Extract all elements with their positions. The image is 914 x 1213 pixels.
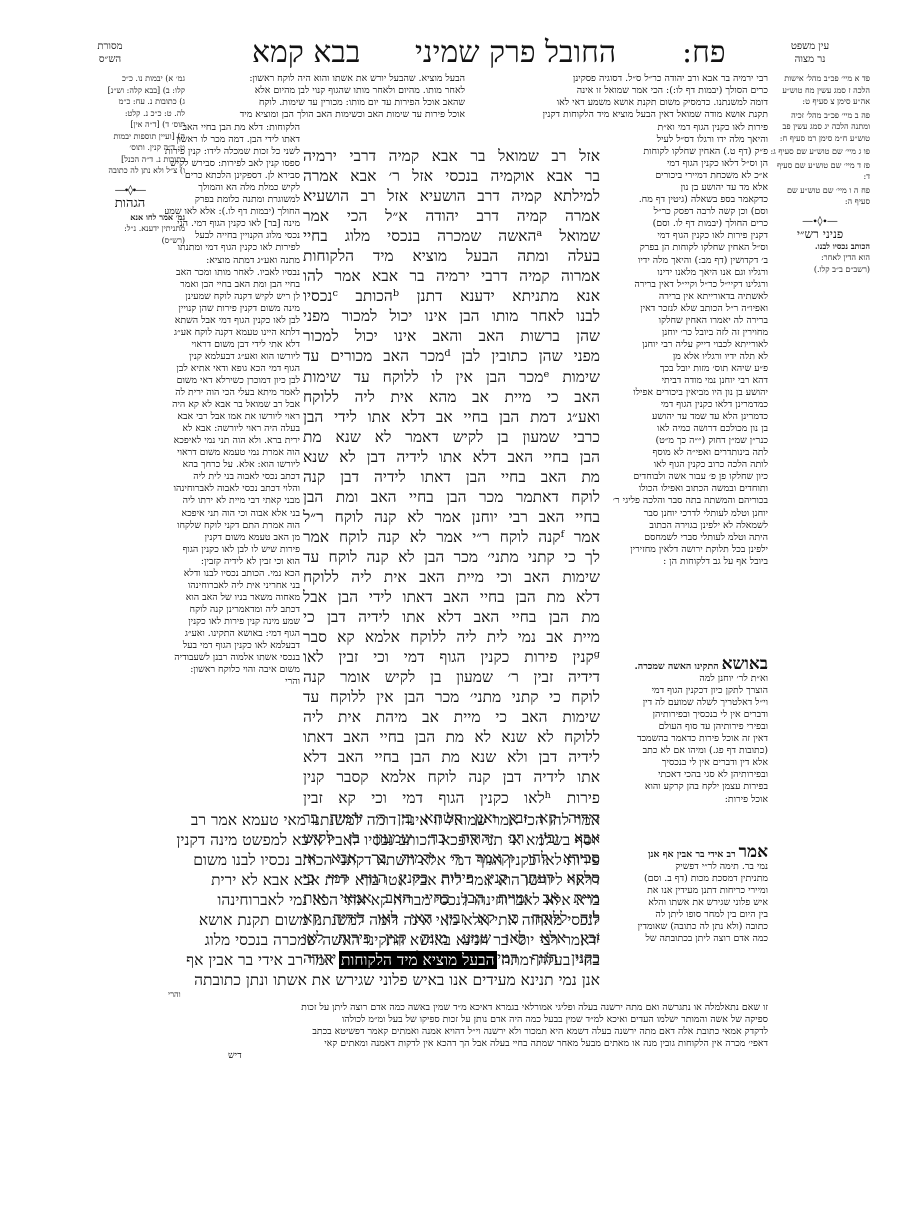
tosafot-line: פירות שיש לו לבן לאו כקנין הגוף xyxy=(165,544,300,556)
rashi-line: ותוחדים ובמשה הכתוב ואפילו הכולו xyxy=(603,483,768,495)
rashi-line: וא״ת לר׳ יוחנן למה xyxy=(603,673,768,685)
tosafot-line: הלקוחות: דלא מת הבן בחיי האב xyxy=(165,122,300,134)
tosafot-line: דלא אתי לידי דבן משום דראוי xyxy=(165,339,300,351)
rashi-line: לאשתיה בדאורייתא אין ברירה xyxy=(603,291,768,303)
tosafot-line: מינה [בר] לאו כקנין הגוף דמי. הני xyxy=(165,218,300,230)
rashi-line: איש פלוני שגירש את אשתו והלא xyxy=(603,897,768,909)
tosafot-line: דבעלמא לאו כקנין הגוף דמי בעל xyxy=(165,640,300,652)
dibur-hamatchil: באושא xyxy=(722,658,768,673)
rashi-line: כנר״ן שמ״ן דחוק (״״ה כך מ״ט) xyxy=(603,435,768,447)
rashi-line: כדקאמר בספ בשאלה (גיטין דף מח. xyxy=(603,194,768,206)
rashi-line: לא תלה ידיו ורגליו אלא מן xyxy=(603,351,768,363)
gemara-line: לידיה דבן ולא שנא מת הבן בחיי האב דלא xyxy=(303,747,600,767)
ein-mishpat-label: עין משפט נר מצוה xyxy=(770,40,850,66)
rashi-line: כדמרינן הלא עד שמד עד יהושע xyxy=(603,411,768,423)
masoret-hashas-label: מסורת הש״ס xyxy=(80,40,140,66)
gemara-line: האב כי מיית אב מהא אית ליה ללוקח xyxy=(303,387,600,407)
rashi-line: דאין זה אוכל פירות כדאמר בהשמכד xyxy=(603,733,768,745)
catchword: והרי xyxy=(168,990,600,1000)
amar-lines: נמי בר. תימה לר״י דפשיקמתניתין דמסכת מכו… xyxy=(603,861,768,945)
gemara-line: לוקח דאתמר מכר הבן בחיי האב ומת הבן xyxy=(303,487,600,507)
rashi-line: כיון שחלקו פן פ׳ עבור אשה ולבוחדים xyxy=(603,471,768,483)
gemara-line: לנכסי מאחוה אתי אלא מאי אינה דומה למשנתנ… xyxy=(168,910,600,930)
tosafot-line: סבירא לן. דספקינן הלכתא כרים xyxy=(165,170,300,182)
gemara-line: יוסף בשלמא אי תני איפכא הכותב נכסיו לאבי… xyxy=(168,830,600,850)
gemara-line: לוקח כי קתני מתני׳ מכר הבן אין ללוקח עד xyxy=(303,687,600,707)
rashi-amar-block: אמר רב אידי בר אבין אף אנן נמי בר. תימה … xyxy=(603,846,768,945)
rashi-line: תקנת אושא מודה שמואל דאין הבעל מוציא מיד… xyxy=(470,109,768,121)
rashi-line: ובפירי פירותיהן עד סוף העולם xyxy=(603,721,768,733)
gemara-text: אמר רב אידי בר אבין אף xyxy=(186,951,334,969)
rashi-line: היתה וטלמ לעותלי סברי לשמחסם xyxy=(603,532,768,544)
bottom-line: זו שאם נתאלמלה או נתגרשה ואם מתה ירשנה ב… xyxy=(168,1002,768,1014)
tosafot-line: ירית ברא. ולא הוה תני נמי לאיפכא xyxy=(165,435,300,447)
tosafot-line: בחיי הבן ומת האב בחיי הבן ואמר xyxy=(165,279,300,291)
gemara-line: פירות לאו כקנין הגוף דמי אלא השתא דקתני … xyxy=(168,850,600,870)
ein-mishpat-margin: פד א מיי׳ פכ״ב מהל׳ אישות הלכה ז סמג עשי… xyxy=(770,73,870,275)
rashi-line: והיאך מלה ידו ורגלו דס״ל לעיל xyxy=(603,134,768,146)
gemara-line: בחיי האב רבי יוחנן אמר לא קנה לוקח ר״ל xyxy=(303,507,600,527)
rashi-line: ומיירי כריחות דתנן מעידין אנו את xyxy=(603,885,768,897)
gemara-line: לך כי קתני מתני׳ מכר הבן לא קנה לוקח עד xyxy=(303,547,600,567)
gemara-line: בר אבא אוקמיה בנכסי אזל ר׳ אבא אמרה xyxy=(303,166,600,186)
rashi-line: בין היום בין למחר סופו ליתן לה xyxy=(603,909,768,921)
rashi-top-block: רבי ירמיה בר אבא ורב יהודה כר״ל ס״ל. דסו… xyxy=(470,73,768,121)
rashi-line: ורגלינו דקיי״ל כר״ל וקיי״ל דאין ברירה xyxy=(603,279,768,291)
rashi-line: אוכל פירות: xyxy=(603,794,768,806)
rashi-line: א״כ לא משכחת דמיירי ביכורים xyxy=(603,170,768,182)
ein-mishpat-entry: פו ג מיי׳ שם טוש״ע שם סעיף ג: xyxy=(770,146,870,158)
tosafot-line: לאמר מיתא בעלי הכי הוה ירית לה xyxy=(165,387,300,399)
gemara-line: מפני שהן כתובין לבן ᵈמכר האב מכורים עד xyxy=(303,346,600,366)
tosafot-line: מן האב טעמא משום דקנין xyxy=(165,532,300,544)
bottom-commentary: זו שאם נתאלמלה או נתגרשה ואם מתה ירשנה ב… xyxy=(168,1002,768,1062)
tosafot-line: ראוי ליורשו את אמו אבל רבי אבא xyxy=(165,411,300,423)
rashi-line: יוחנן וטלמ לעותלי לדרכי יוחנן סבר xyxy=(603,508,768,520)
tosafot-line: בני אלא אבוה וכי הוה תני איפכא xyxy=(165,508,300,520)
tosafot-line: והלוי דכתב נכסי לאבוה לאברוחינהו xyxy=(165,483,300,495)
tosafot-line: הגוף דמי: באושא התקינו. ואע״ג xyxy=(165,628,300,640)
baushah-lines: וא״ת לר׳ יוחנן למההוצרך לתקן כיון דכקנין… xyxy=(603,673,768,806)
tosafot-line: לן ריש לקיש דקנה לוקח שמעינן xyxy=(165,291,300,303)
gemara-line: דראוי ליורשו הוא אמר ליה אביי אטו ברא יר… xyxy=(168,870,600,890)
gemara-line: שהן ברשות האב והאב אינו יכול למכור xyxy=(303,326,600,346)
gemara-line: שמואל ᵃהאשה שמכרה בנכסי מלוג בחיי xyxy=(303,226,600,246)
bottom-line: דאפי׳ מכרה אין הלקוחות גובין מנה או מאתי… xyxy=(168,1038,768,1050)
ein-mishpat-entry: פד א מיי׳ פכ״ב מהל׳ אישות הלכה ז סמג עשי… xyxy=(770,73,870,108)
rashi-line: יהושע בן נון היו מביאין ביכורים אפילו xyxy=(603,387,768,399)
rashi-line: כרים החולך (יבמות דף לו. וסם) xyxy=(603,218,768,230)
rashi-line: כמדמרינן דלאו כקנין הגוף דמי xyxy=(603,399,768,411)
rashi-line: דקנין פירות לאו כקנין הגוף דמי xyxy=(603,230,768,242)
rashi-line: אלא דין ודברים אין לי בנכסיך xyxy=(603,757,768,769)
tosafot-line: מתנה ואע״ג דמתה מוציא: xyxy=(165,255,300,267)
tosafot-line: נכסי מלוג הקנויין בחייה לבעל xyxy=(165,230,300,242)
rashi-line: לשמאלה לא ילפינן בגוירה הכתוב xyxy=(603,520,768,532)
dibur-rest: רב אידי בר אבין אף אנן xyxy=(648,849,736,860)
talmud-page: מסורת הש״ס בבא קמא פרק שמיני החובל פח: ע… xyxy=(0,0,914,1213)
tosafot-line: דכתב נכסי לאבוה בני לית ליה xyxy=(165,471,300,483)
rashi-line: לתה בינותדרים ואפי״ה לא מוסף xyxy=(603,447,768,459)
gemara-line: הבן בחיי האב דלא אתו לידיה דבן לא שנא xyxy=(303,447,600,467)
footer-catchword: דיש xyxy=(168,1050,768,1062)
gemara-line: אמרה קמיה דרב יהודה א״ל הכי אמר xyxy=(303,206,600,226)
gemara-line: שימות האב כי מיית אב מיהת אית ליה xyxy=(303,707,600,727)
rashi-line: ואפיו״ה ר״ל הכותב שלא לנזכר דאין xyxy=(603,303,768,315)
tosafot-line: ליורשו הוא ואע״ג דבעלמא קנין xyxy=(165,351,300,363)
gemara-line: שימות ᵉמכר הבן אין לו ללוקח עד שימות xyxy=(303,367,600,387)
rashi-line: נמי בר. תימה לר״י דפשיק xyxy=(603,861,768,873)
gemara-line: מיית אב נמי לית ליה ללוקח אלמא קא סבר xyxy=(303,627,600,647)
gemara-highlight-line: בחיי בעלה ומתה הבעל מוציא מיד הלקוחות אמ… xyxy=(168,950,600,970)
ein-mishpat-entry: פה ב מיי׳ פכ״ב מהל׳ זכיה ומתנה הלכה יג ס… xyxy=(770,110,870,145)
tosafot-line: מאחוה משאר בניו של האב הוא xyxy=(165,592,300,604)
gemara-text: בחיי בעלה ומתה xyxy=(501,951,600,969)
highlighted-phrase[interactable]: הבעל מוציא מיד הלקוחות xyxy=(339,951,497,969)
gemara-line: ᵍקנין פירות כקנין הגוף דמי וכי זבין לאו xyxy=(303,647,600,667)
rashi-line: בפירות עצמן ילקח בהן קרקע והוא xyxy=(603,781,768,793)
tosafot-line: לשני כל זכות שמכלה לידו: קנין פירות. xyxy=(165,146,300,158)
gemara-line: ואע״ג דמת הבן בחיי אב דלא אתו לידי הבן xyxy=(303,407,600,427)
rashi-line: הוצרך לתקן כיון דכקנין הגוף דמי xyxy=(603,685,768,697)
chapter-number: פרק שמיני xyxy=(415,36,536,70)
rashi-line: (כתובות דף פג.) ומיהו אם לא כתב xyxy=(603,745,768,757)
bottom-line: לדקדק אמאי כתובת אלה דאם מתה ירשנה בעלה … xyxy=(168,1026,768,1038)
dibur-hamatchil: אמר xyxy=(739,846,768,861)
tosafot-line: והרי xyxy=(165,676,300,688)
gemara-line: בעלה ומתה הבעל מוציא מיד הלקוחות xyxy=(303,246,600,266)
rashi-line: הן וס״ל דלאו כקנין הגוף דמי xyxy=(603,158,768,170)
tosafot-line: הוה אמרת נמי טעמא משום דראוי xyxy=(165,447,300,459)
rashi-line: בכוריהם והמשתה בתה סבר והלכה פליגי ר׳ xyxy=(603,495,768,507)
gemara-line: אנא מתניתא ידענא דתנן ᵇהכותב ᶜנכסיו xyxy=(303,286,600,306)
gemara-line: לבנו לאחר מותו הבן אינו יכול למכור מפני xyxy=(303,306,600,326)
rashi-line: ודברים אין לי בנכסיך ובפירותיהן xyxy=(603,709,768,721)
gemara-line: מת הבן בחיי האב דלא אתו לידיה דבן כי xyxy=(303,607,600,627)
pninei-line: (רשב״ם ב״ב קלו.) xyxy=(770,264,870,276)
ein-mishpat-entry: פח ה ו מיי׳ שם טוש״ע שם סעיף ה: xyxy=(770,185,870,208)
tosafot-line: מינה משום דקנין פירות שהן קנויין xyxy=(165,303,300,315)
chapter-name: החובל xyxy=(545,36,616,70)
tosafot-line: לאחר מותו. מהיום ולאחר מותו שהגוף קנוי ל… xyxy=(165,85,465,97)
rashi-line: ברירה לה יאמרו האחין שחלקו xyxy=(603,315,768,327)
rashi-line: לותה הלכה כרוב כקנין הגוף לאו xyxy=(603,459,768,471)
tosafot-line: דכתב ליה ומדאמרינן קנה לוקח xyxy=(165,604,300,616)
gemara-line: אמרוה קמיה דרבי ירמיה בר אבא אמר להו xyxy=(303,266,600,286)
gemara-line: דידיה זבין ר׳ שמעון בן לקיש אומר קנה xyxy=(303,667,600,687)
gemara-line: ברא אלא לאברוחינהו לנכסי מבריה קא אתי הכ… xyxy=(168,890,600,910)
tosafot-line: שהאב אוכל הפירות עד יום מותו: מכורין עד … xyxy=(165,97,465,109)
rashi-line: דהא רבי יוחנן נמי מודה דביתי xyxy=(603,375,768,387)
tosafot-line: משום איבה והוי כלוקח ראשון: xyxy=(165,664,300,676)
rashi-baushah-block: באושא התקינו האשה שמכרה. וא״ת לר׳ יוחנן … xyxy=(603,658,768,806)
gemara-line: דלא מת הבן בחיי האב דאתו לידי הבן אבל xyxy=(303,587,600,607)
rashi-line: פירות לאו כקנין הגוף דמי וא״ת xyxy=(603,122,768,134)
rashi-line: מחוירין זה לזה ביובל כר׳ יוחנן xyxy=(603,327,768,339)
pninei-rashi-title: פניני רש״י xyxy=(770,229,870,241)
gemara-line: אנן נמי תנינא מעידים אנו באיש פלוני שגיר… xyxy=(168,970,600,990)
tractate-title: בבא קמא xyxy=(252,36,360,70)
tosafot-line: ליורשו הוא: אלא. על כרחך בהא xyxy=(165,459,300,471)
dibur-rest: התקינו האשה שמכרה. xyxy=(635,661,719,672)
tosafot-line: בני אחריני אית ליה לאברוחינהו xyxy=(165,580,300,592)
bottom-line: ספיקה של אשה והמותר ישלמו העדים ואיכא למ… xyxy=(168,1014,768,1026)
rashi-line: דומה למשנתנו. כדמסיק משום תקנת אושא משמע… xyxy=(470,97,768,109)
rashi-line: ביובל אף על גב דלקוחות הן : xyxy=(603,556,768,568)
tosafot-line: לבן לאו כקנין הגוף דמי אבל השתא xyxy=(165,315,300,327)
tosafot-line: בנכסי אשתו אלמוה רבנן לשעבודיה xyxy=(165,652,300,664)
divider-ornament: ―∙◊∙― xyxy=(770,216,870,228)
gemara-line: ללוקח לא שנא לא מת הבן בחיי האב דאתו xyxy=(303,727,600,747)
tosafot-line: אוכל פירות עד שימות האב וכשימות האב הולך… xyxy=(165,109,465,121)
tosafot-line: נבסיו לאביו. לאחר מותו ומכר האב xyxy=(165,267,300,279)
masoret-label-line2: הש״ס xyxy=(80,53,140,66)
gemara-line: אמר ᶠקנה לוקח ר״י אמר לא קנה לוקח אמר xyxy=(303,527,600,547)
tosafot-line: שמע מינה קנין פירות לאו כקנין xyxy=(165,616,300,628)
ein-mishpat-entry: פז ד מיי׳ שם טוש״ע שם סעיף ד: xyxy=(770,160,870,183)
rashi-line: אלא מד עד יהושע בן נון xyxy=(603,182,768,194)
rashi-line: מתניתין דמסכת מכות (דף ב. וסם) xyxy=(603,873,768,885)
tosafot-line: לבן כיון דמוכרן כשירלא דאי משום xyxy=(165,375,300,387)
pninei-line: הכותב נכסיו לבנו. xyxy=(770,241,870,253)
gemara-line: פירות ʰלאו כקנין הגוף דמי וכי קא זבין xyxy=(303,788,600,808)
tosafot-top-block: הבעל מוציא. שהבעל יורש את אשתו והוא היה … xyxy=(165,73,465,121)
tosafot-line: הוה אמרת התם דקני לוקח שלקחו xyxy=(165,520,300,532)
tosafot-line: הוא וכי זבין לא לידיה קזבין: xyxy=(165,556,300,568)
daf-number: פח: xyxy=(682,36,726,70)
rashi-line: פ״ק (דף ט.) האחין שחלקו לקוחות xyxy=(603,146,768,158)
gemara-line: אמר להו הכי אמר שמואל זו אינה דומה למשנת… xyxy=(168,810,600,830)
tosafot-line: אבל רב שמואל בר אבא לא קא היה xyxy=(165,399,300,411)
gemara-line: שימות האב וכי מיית האב אית ליה ללוקח xyxy=(303,567,600,587)
gemara-line: למילתא קמיה דרב הושעיא אזל רב הושעיא xyxy=(303,186,600,206)
tosafot-line: לקיש כמלת מלה הא והמולך xyxy=(165,182,300,194)
tosafot-line: הגוף דמי הכא גופא ודאי אתיא לבן xyxy=(165,363,300,375)
rashi-line: לאורייתא לכבוי דייק עליה רבי יוחנן xyxy=(603,339,768,351)
tosafot-line: בעלה היה ראוי ליורשה: אבא לא xyxy=(165,423,300,435)
tosafot-line: החולך (יבמות דף לו.): אלא לאו שמע xyxy=(165,206,300,218)
rashi-line: וי״ל דאלטריך לשלה שמועם לה דין xyxy=(603,697,768,709)
rashi-column: פירות לאו כקנין הגוף דמי וא״תוהיאך מלה י… xyxy=(603,122,768,568)
rashi-line: ורגליו וגם אנו היאך מלאנו ידינו xyxy=(603,267,768,279)
gemara-line: אזל רב שמואל בר אבא קמיה דרבי ירמיה xyxy=(303,146,600,166)
rashi-line: רבי ירמיה בר אבא ורב יהודה כר״ל ס״ל. דסו… xyxy=(470,73,768,85)
tosafot-line: דאתו לידי הבן. דמה מכר לו ראשון xyxy=(165,134,300,146)
gemara-line: ⁱדאמר רבי יוסי בר חנינא באושא התקינו האש… xyxy=(168,930,600,950)
tosafot-line: לפירות לאו כקנין הגוף דמי ומתנתו xyxy=(165,242,300,254)
rashi-line: ב׳ דקדושין (דף מב:) והיאך מלה ידיו xyxy=(603,255,768,267)
tosafot-line: דלתא היינו טעמא דקנה לוקח אע״ג xyxy=(165,327,300,339)
rashi-line: ובפירותיהן לא סגי בהכי דאכתי xyxy=(603,769,768,781)
rashi-line: פ״ע שיהא תוס׳ מזות יובל בכך xyxy=(603,363,768,375)
rashi-line: בן נון מכולכם דרושה כמיה לאו xyxy=(603,423,768,435)
rashi-line: כתובה (ולא נתן לה כתובה) שאומדין xyxy=(603,921,768,933)
masoret-label-line1: מסורת xyxy=(80,40,140,53)
rashi-line: וס״ל האחין שחלקו לקוחות הן בפרק xyxy=(603,242,768,254)
gemara-line: כרבי שמעון בן לקיש דאמר לא שנא מת xyxy=(303,427,600,447)
rashi-line: כרים הסולך (יבמות דף לו:): הכי אמר שמואל… xyxy=(470,85,768,97)
gemara-line: מת האב בחיי הבן דאתו לידיה דבן קנה xyxy=(303,467,600,487)
tosafot-column: הלקוחות: דלא מת הבן בחיי האבדאתו לידי הב… xyxy=(165,122,300,688)
ein-mishpat-line1: עין משפט xyxy=(770,40,850,53)
tosafot-line: מבני קאתי דבי מיית לא ירתו ליה xyxy=(165,495,300,507)
tosafot-line: הבעל מוציא. שהבעל יורש את אשתו והוא היה … xyxy=(165,73,465,85)
rashi-line: כמה אדם רוצה ליתן בכתובתה של xyxy=(603,933,768,945)
rashi-line: ילפינן בכל תלוקת ירושה דלאין מחזירין xyxy=(603,544,768,556)
tosafot-line: למשוגרת ומתנה כלומת בפרק xyxy=(165,194,300,206)
tosafot-line: הכא נמי. הכותב נכסיו לבנו ודלא xyxy=(165,568,300,580)
gemara-wide-text: אמר להו הכי אמר שמואל זו אינה דומה למשנת… xyxy=(168,810,600,1000)
pninei-line: הוא הדין לאחר: xyxy=(770,252,870,264)
tosafot-line: ספסו קנין לאב לפירות: סבירש לקיש xyxy=(165,158,300,170)
rashi-line: וסם) וכן קשה לרבה דפסק כר״ל xyxy=(603,206,768,218)
ein-mishpat-line2: נר מצוה xyxy=(770,53,850,66)
gemara-line: אתו לידיה דבן קנה לוקח אלמא קסבר קנין xyxy=(303,767,600,787)
